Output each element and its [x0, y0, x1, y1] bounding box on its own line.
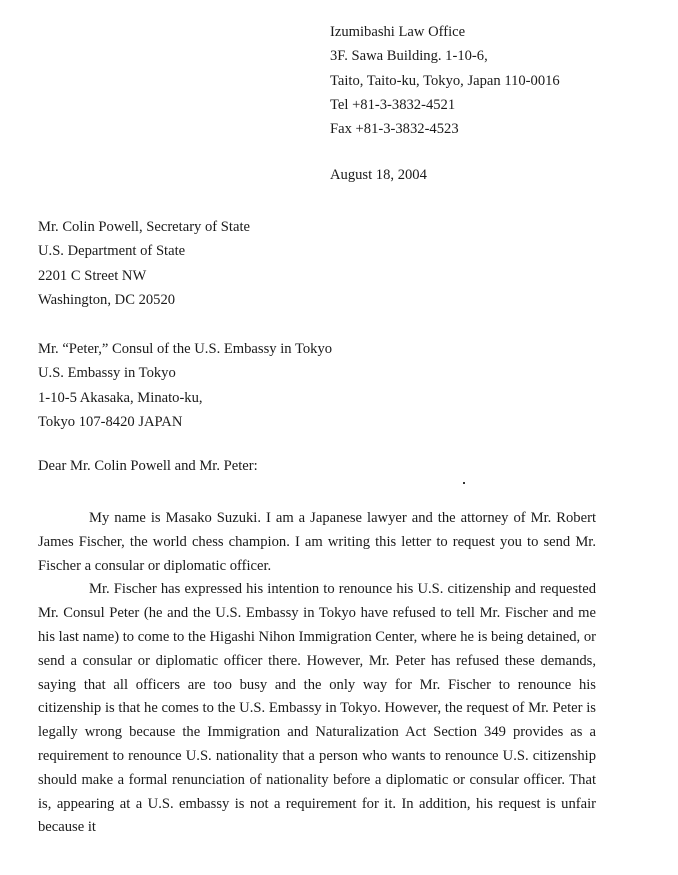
office-tel: Tel +81-3-3832-4521 — [330, 93, 560, 117]
office-address-line1: 3F. Sawa Building. 1-10-6, — [330, 44, 560, 68]
recipient-address-powell: Mr. Colin Powell, Secretary of State U.S… — [38, 215, 250, 312]
address-line: 2201 C Street NW — [38, 264, 250, 288]
office-address-line2: Taito, Taito-ku, Tokyo, Japan 110-0016 — [330, 69, 560, 93]
letter-page: Izumibashi Law Office 3F. Sawa Building.… — [0, 0, 678, 875]
salutation: Dear Mr. Colin Powell and Mr. Peter: — [38, 458, 258, 475]
scan-speck — [463, 482, 465, 484]
letter-body: My name is Masako Suzuki. I am a Japanes… — [38, 507, 596, 840]
body-paragraph: Mr. Fischer has expressed his intention … — [38, 578, 596, 840]
letterhead: Izumibashi Law Office 3F. Sawa Building.… — [330, 20, 560, 141]
office-fax: Fax +81-3-3832-4523 — [330, 117, 560, 141]
address-line: Mr. Colin Powell, Secretary of State — [38, 215, 250, 239]
address-line: Tokyo 107-8420 JAPAN — [38, 410, 332, 434]
address-line: Mr. “Peter,” Consul of the U.S. Embassy … — [38, 337, 332, 361]
recipient-address-peter: Mr. “Peter,” Consul of the U.S. Embassy … — [38, 337, 332, 434]
letter-date: August 18, 2004 — [330, 167, 427, 184]
address-line: 1-10-5 Akasaka, Minato-ku, — [38, 386, 332, 410]
address-line: U.S. Embassy in Tokyo — [38, 361, 332, 385]
body-paragraph: My name is Masako Suzuki. I am a Japanes… — [38, 507, 596, 578]
office-name: Izumibashi Law Office — [330, 20, 560, 44]
address-line: U.S. Department of State — [38, 239, 250, 263]
address-line: Washington, DC 20520 — [38, 288, 250, 312]
